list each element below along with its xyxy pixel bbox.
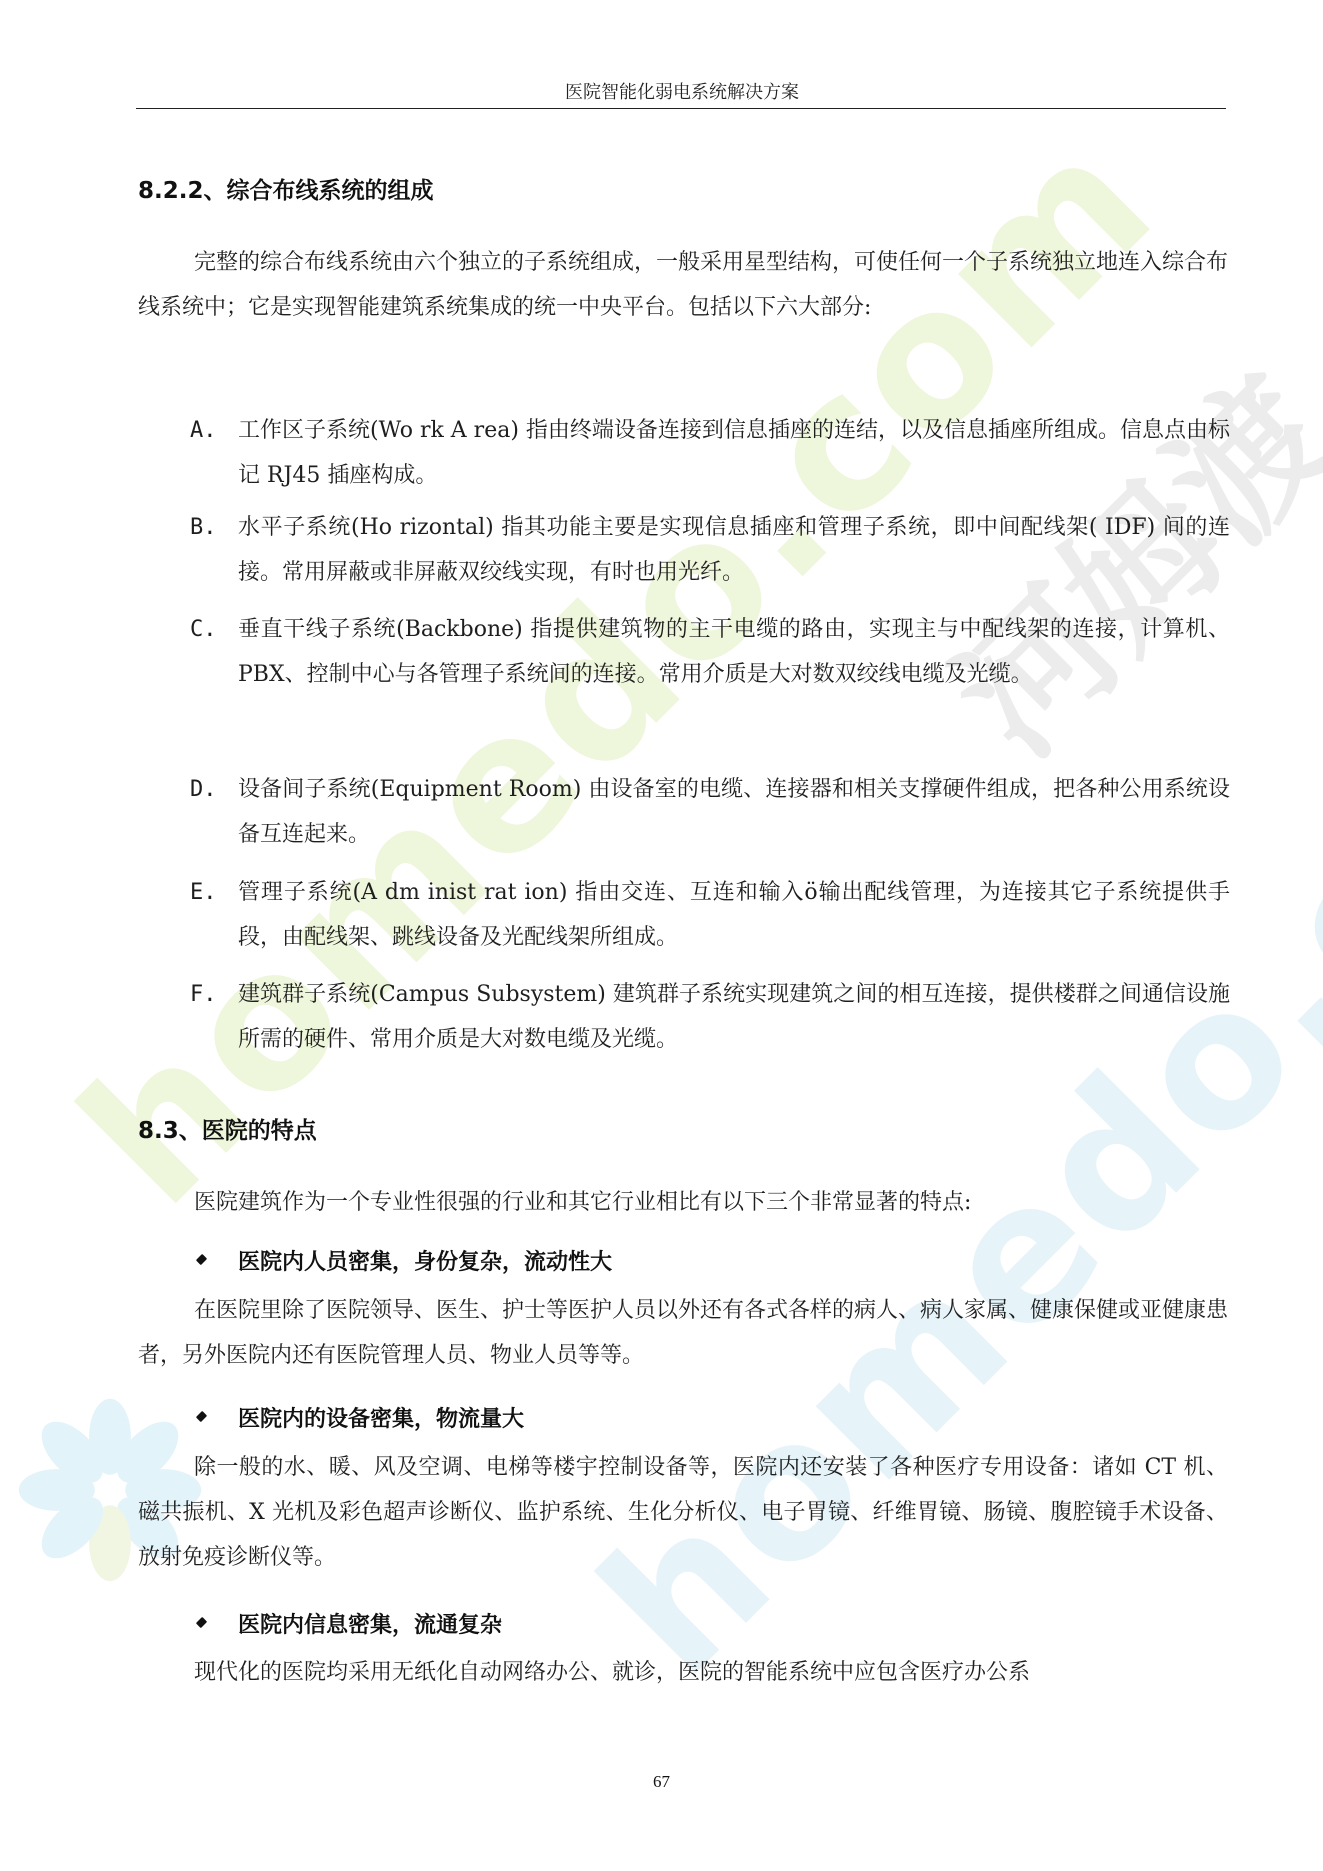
list-item-f: F. 建筑群子系统(Campus Subsystem) 建筑群子系统实现建筑之间… [190,972,1230,1062]
section-8-3-intro: 医院建筑作为一个专业性很强的行业和其它行业相比有以下三个非常显著的特点: [138,1180,1228,1225]
list-item-text: 设备间子系统(Equipment Room) 由设备室的电缆、连接器和相关支撑硬… [238,767,1230,857]
bullet-diamond-icon [196,1254,207,1265]
list-marker: B. [190,505,217,550]
feature-heading-2: 医院内的设备密集，物流量大 [190,1402,524,1433]
list-marker: D. [190,767,217,812]
list-item-text: 管理子系统(A dm inist rat ion) 指由交连、互连和输入ö输出配… [238,870,1230,960]
list-item-text: 水平子系统(Ho rizontal) 指其功能主要是实现信息插座和管理子系统，即… [238,505,1230,595]
list-item-a: A. 工作区子系统(Wo rk A rea) 指由终端设备连接到信息插座的连结，… [190,408,1230,498]
list-marker: C. [190,607,217,652]
feature-body-3: 现代化的医院均采用无纸化自动网络办公、就诊，医院的智能系统中应包含医疗办公系 [138,1650,1228,1695]
feature-title: 医院内的设备密集，物流量大 [238,1402,524,1433]
feature-title: 医院内信息密集，流通复杂 [238,1608,502,1639]
list-marker: F. [190,972,217,1017]
list-item-d: D. 设备间子系统(Equipment Room) 由设备室的电缆、连接器和相关… [190,767,1230,857]
list-marker: A. [190,408,217,453]
section-heading-8-3: 8.3、医院的特点 [138,1112,317,1145]
bullet-diamond-icon [196,1617,207,1628]
list-marker: E. [190,870,217,915]
feature-heading-1: 医院内人员密集，身份复杂，流动性大 [190,1245,612,1276]
list-item-text: 建筑群子系统(Campus Subsystem) 建筑群子系统实现建筑之间的相互… [238,972,1230,1062]
running-header: 医院智能化弱电系统解决方案 [138,78,1226,104]
bullet-diamond-icon [196,1411,207,1422]
header-divider [136,108,1226,109]
list-item-text: 垂直干线子系统(Backbone) 指提供建筑物的主干电缆的路由，实现主与中配线… [238,607,1230,697]
feature-title: 医院内人员密集，身份复杂，流动性大 [238,1245,612,1276]
feature-body-1: 在医院里除了医院领导、医生、护士等医护人员以外还有各式各样的病人、病人家属、健康… [138,1288,1228,1378]
list-item-b: B. 水平子系统(Ho rizontal) 指其功能主要是实现信息插座和管理子系… [190,505,1230,595]
feature-body-2: 除一般的水、暖、风及空调、电梯等楼宇控制设备等，医院内还安装了各种医疗专用设备：… [138,1445,1228,1580]
list-item-e: E. 管理子系统(A dm inist rat ion) 指由交连、互连和输入ö… [190,870,1230,960]
list-item-text: 工作区子系统(Wo rk A rea) 指由终端设备连接到信息插座的连结，以及信… [238,408,1230,498]
feature-heading-3: 医院内信息密集，流通复杂 [190,1608,502,1639]
section-8-2-2-intro: 完整的综合布线系统由六个独立的子系统组成，一般采用星型结构，可使任何一个子系统独… [138,240,1228,330]
page-number: 67 [0,1772,1323,1792]
section-heading-8-2-2: 8.2.2、综合布线系统的组成 [138,172,434,205]
list-item-c: C. 垂直干线子系统(Backbone) 指提供建筑物的主干电缆的路由，实现主与… [190,607,1230,697]
